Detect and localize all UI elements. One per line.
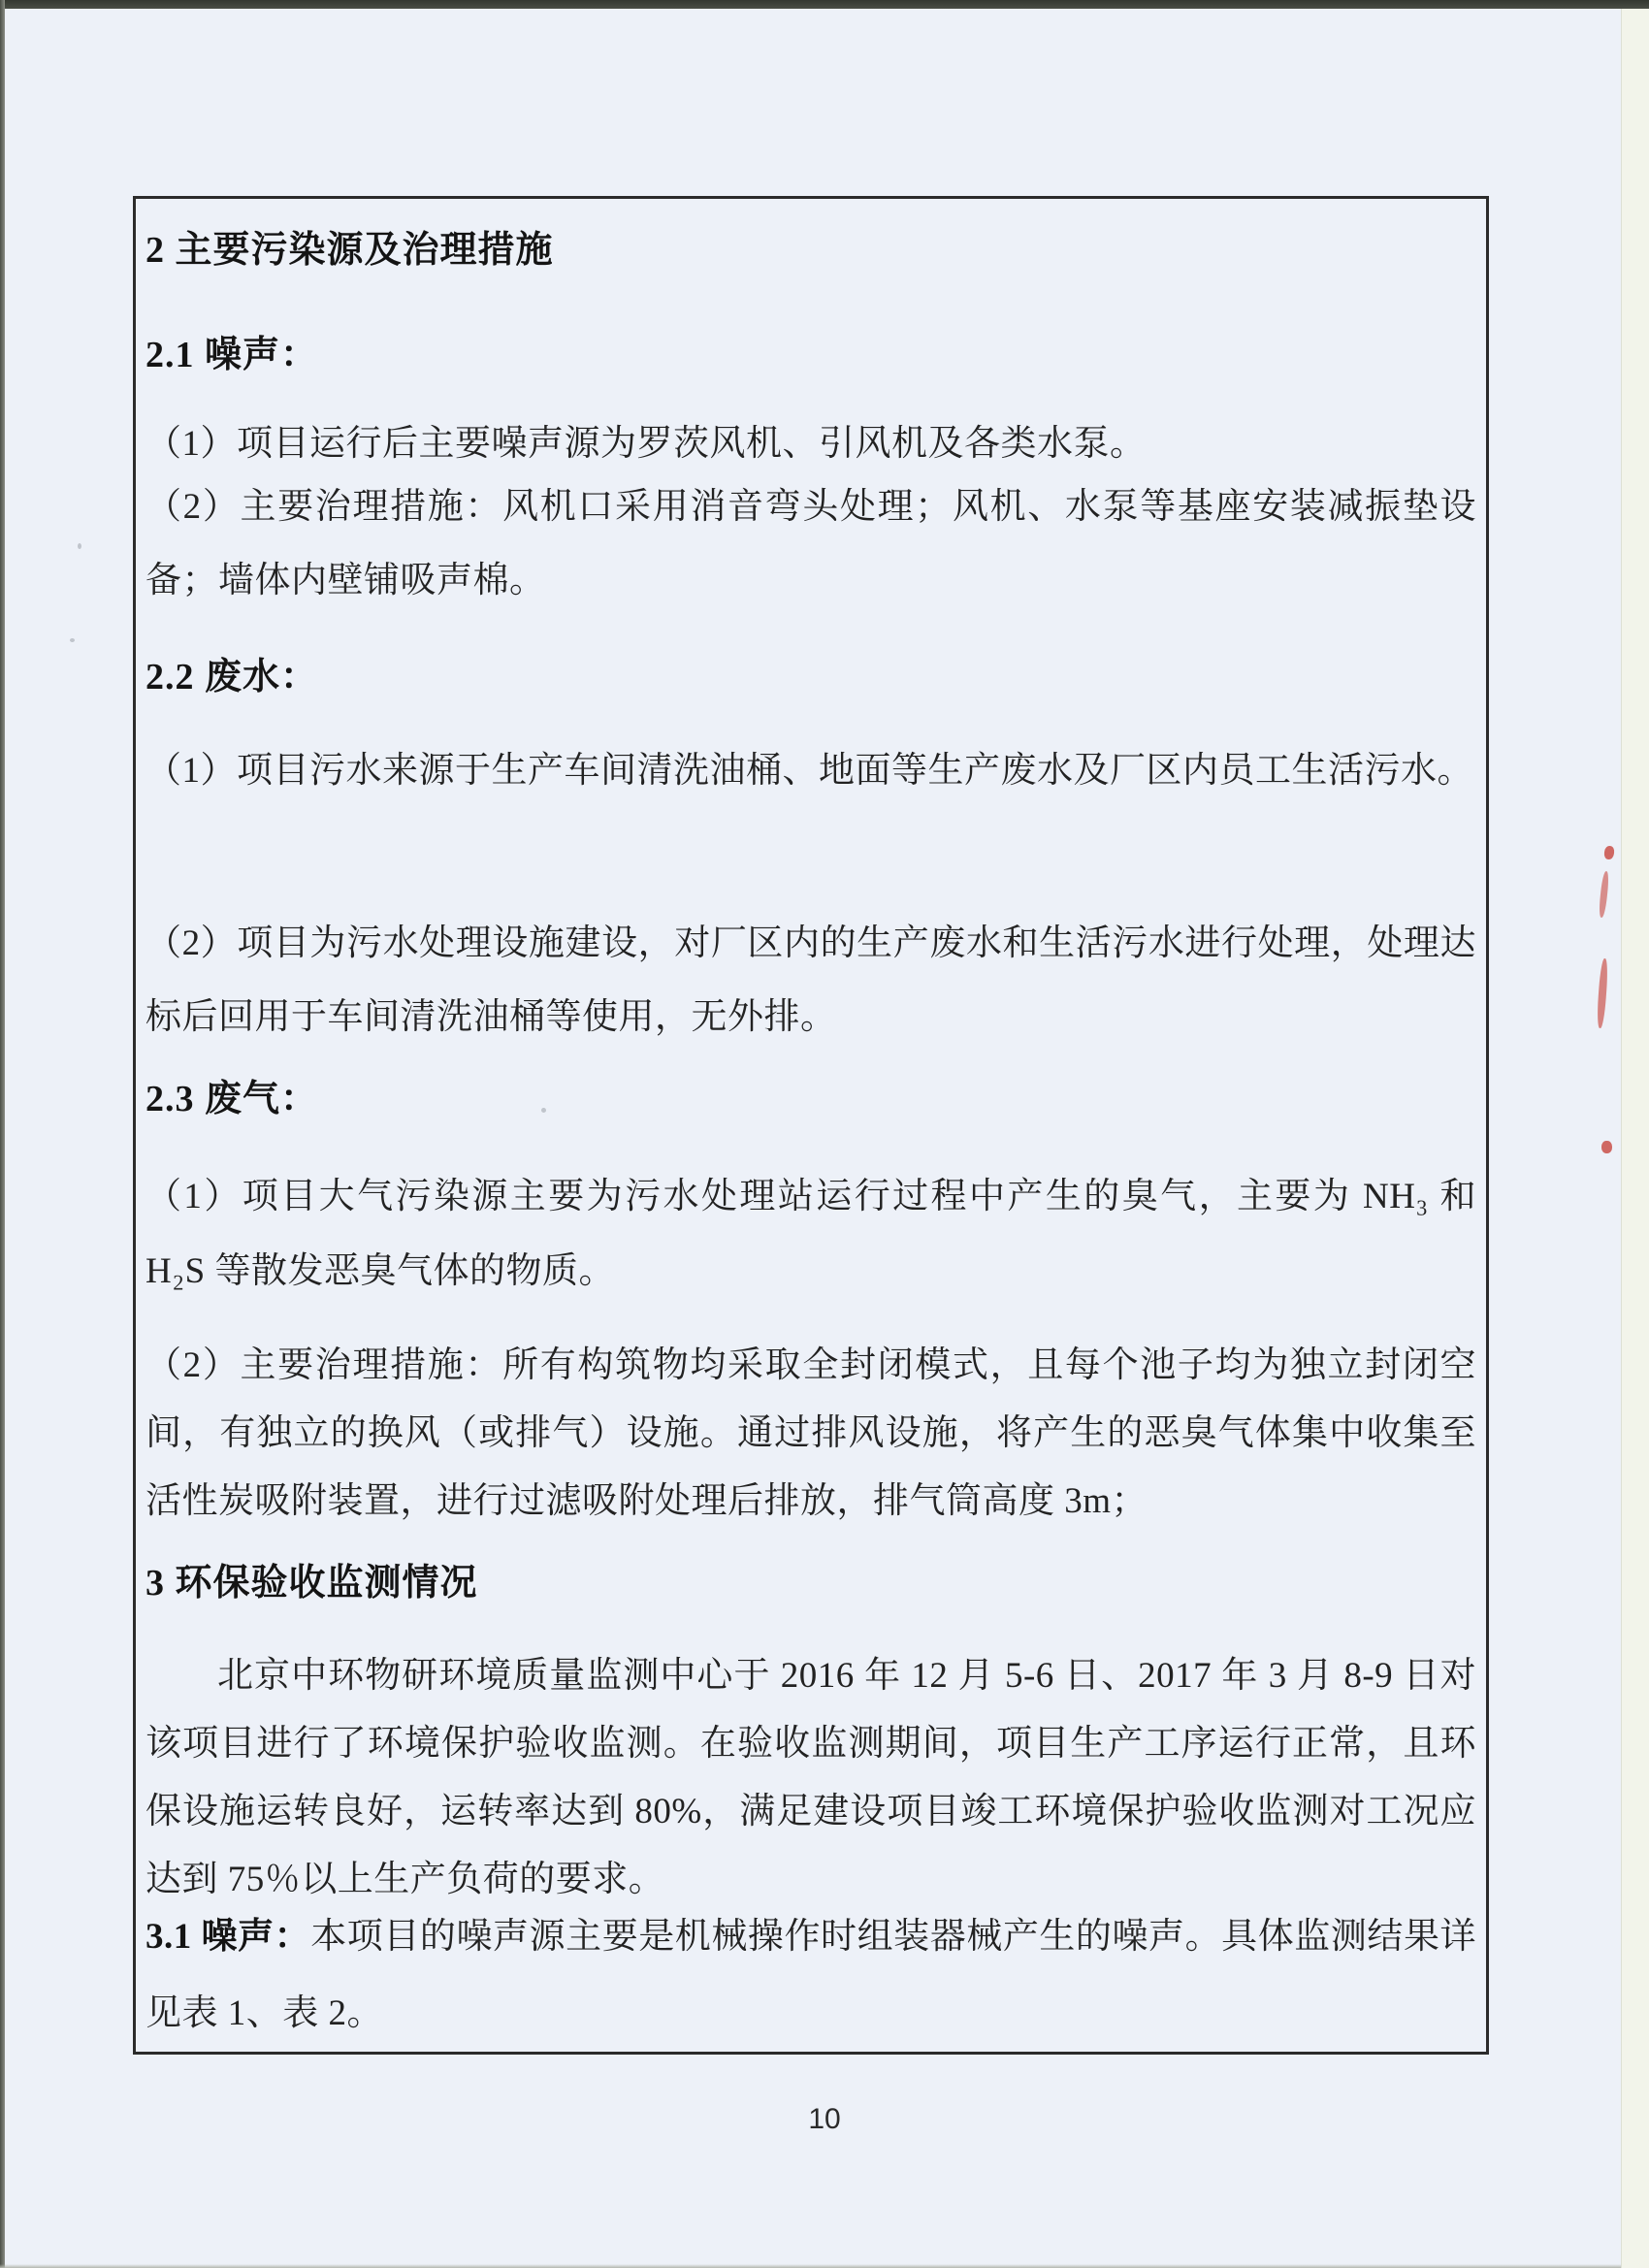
section-heading: 2.1 噪声：: [145, 331, 1476, 379]
section-heading: 2.3 废气：: [145, 1075, 1476, 1123]
paragraph: （2）主要治理措施：所有构筑物均采取全封闭模式，且每个池子均为独立封闭空间，有独…: [145, 1332, 1476, 1536]
scan-speck: [78, 543, 81, 549]
paragraph: （2）主要治理措施：风机口采用消音弯头处理；风机、水泵等基座安装减振垫设备；墙体…: [145, 470, 1476, 618]
scan-edge-top: [0, 0, 1649, 9]
page-number: 10: [795, 2103, 854, 2136]
red-ink-mark: [1601, 1141, 1612, 1153]
document-border-box: 2 主要污染源及治理措施 2.1 噪声： （1）项目运行后主要噪声源为罗茨风机、…: [133, 196, 1489, 2055]
red-ink-mark: [1599, 871, 1610, 918]
paragraph: （2）项目为污水处理设施建设，对厂区内的生产废水和生活污水进行处理，处理达标后回…: [145, 907, 1476, 1054]
red-ink-mark: [1596, 958, 1608, 1028]
section-heading: 2.2 废水：: [145, 653, 1476, 701]
scan-speck: [70, 638, 75, 642]
paragraph-lead-label: 3.1 噪声：: [145, 1917, 310, 1957]
scanned-document-page: { "colors": { "paper": "#edf1f8", "ink":…: [0, 0, 1649, 2268]
paragraph: （1）项目大气污染源主要为污水处理站运行过程中产生的臭气，主要为 NH₃ 和 H…: [145, 1159, 1476, 1309]
paragraph: （1）项目污水来源于生产车间清洗油桶、地面等生产废水及厂区内员工生活污水。: [145, 732, 1476, 810]
section-heading: 3 环保验收监测情况: [145, 1559, 1476, 1607]
paragraph: 北京中环物研环境质量监测中心于 2016 年 12 月 5-6 日、2017 年…: [145, 1642, 1476, 1914]
red-ink-mark: [1603, 845, 1615, 859]
paragraph-text: 本项目的噪声源主要是机械操作时组装器械产生的噪声。具体监测结果详见表 1、表 2…: [145, 1917, 1476, 2033]
scan-edge-left: [0, 0, 5, 2268]
section-heading: 2 主要污染源及治理措施: [145, 226, 1476, 275]
paragraph: 3.1 噪声：本项目的噪声源主要是机械操作时组装器械产生的噪声。具体监测结果详见…: [145, 1898, 1476, 2052]
scan-side-strip: [1621, 9, 1649, 2268]
scan-edge-bottom: [0, 2264, 1649, 2268]
